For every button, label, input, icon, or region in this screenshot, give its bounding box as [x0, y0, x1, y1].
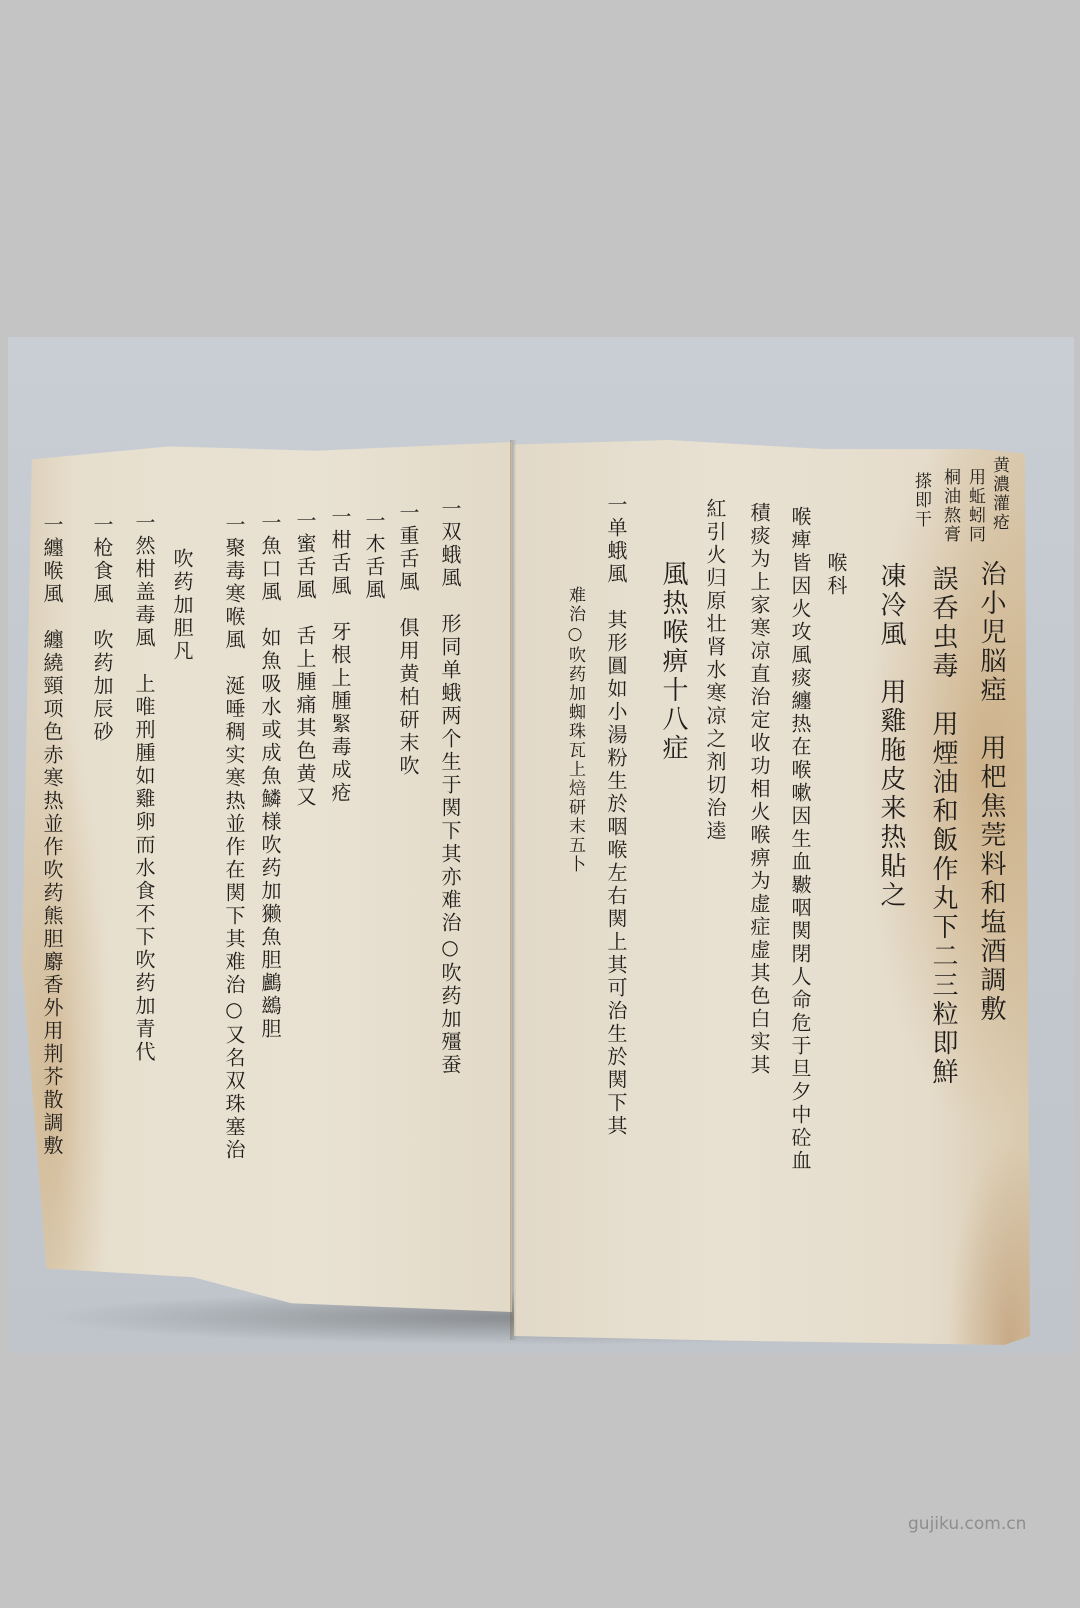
- right-page-col-body-1: 喉痺皆因火攻風痰纏热在喉嗽因生血㿺咽関閉人命危于旦夕中砼血: [790, 506, 810, 1173]
- right-page-col-body-3: 紅引火归原壮肾水寒凉之剂切治逵: [705, 498, 725, 843]
- left-page-entry-double-moth: 一双蛾風 形同单蛾两个生于関下其亦难治○吹药加殭蚕: [440, 498, 460, 1077]
- right-page-note-4: 搽即干: [912, 472, 929, 529]
- left-page-entry-chan-hou: 一纏喉風 纏繞頸项色赤寒热並作吹药熊胆麝香外用荆芥散調敷: [42, 514, 62, 1158]
- left-page-entry-poison-cold: 一聚毒寒喉風 涎唾稠实寒热並作在関下其难治○又名双珠塞治: [224, 514, 244, 1162]
- left-page-entry-qiang-shi: 一枪食風 吹药加辰砂: [92, 514, 112, 744]
- section-heading-eighteen-syndromes: 風热喉痹十八症: [660, 560, 686, 763]
- right-page-col-remedy-3: 凍冷風 用雞胣皮来热貼之: [878, 562, 904, 910]
- right-page-note-3: 桐油熬膏: [941, 468, 958, 544]
- left-page-entry-wooden-tongue: 一木舌風: [364, 510, 384, 602]
- right-page-col-remedy-1: 治小児脳瘂 用杷焦莞料和塩酒調敷: [978, 560, 1004, 1024]
- right-page-col-body-2: 積痰为上家寒凉直治定收功相火喉痹为虚症虚其色白实其: [749, 502, 769, 1077]
- left-page-note-blow-powder: 吹药加胆凡: [172, 548, 192, 663]
- right-page-entry-single-moth: 一单蛾風 其形圓如小湯粉生於咽喉左右関上其可治生於関下其: [606, 494, 626, 1138]
- left-page-entry-gan-tongue: 一柑舌風 牙根上腫緊毒成疮: [330, 506, 350, 805]
- watermark: gujiku.com.cn: [908, 1514, 1026, 1534]
- section-heading-throat: 喉科: [826, 552, 846, 598]
- left-page-entry-ran-gan: 一然柑盖毒風 上唯刑腫如雞卵而水食不下吹药加青代: [134, 512, 154, 1064]
- right-page-note-2: 用蚯蚓同: [966, 468, 983, 544]
- book-gutter: [510, 440, 516, 1340]
- left-page-entry-double-tongue: 一重舌風 俱用黄柏研末吹: [398, 502, 418, 778]
- right-page-note-1: 黄濃灌疮: [990, 456, 1007, 532]
- left-page-entry-honey-tongue: 一蜜舌風 舌上腫痛其色黄又: [295, 510, 315, 809]
- left-page-entry-fish-mouth: 一魚口風 如魚吸水或成魚鱗様吹药加獭魚胆鸕鷀胆: [260, 512, 280, 1041]
- right-page-entry-single-moth-cont: 难治○吹药加蜘珠瓦上焙研末五卜: [566, 586, 583, 874]
- right-page-col-remedy-2: 誤呑虫毒 用煙油和飯作丸下二三粒即鮮: [930, 565, 956, 1087]
